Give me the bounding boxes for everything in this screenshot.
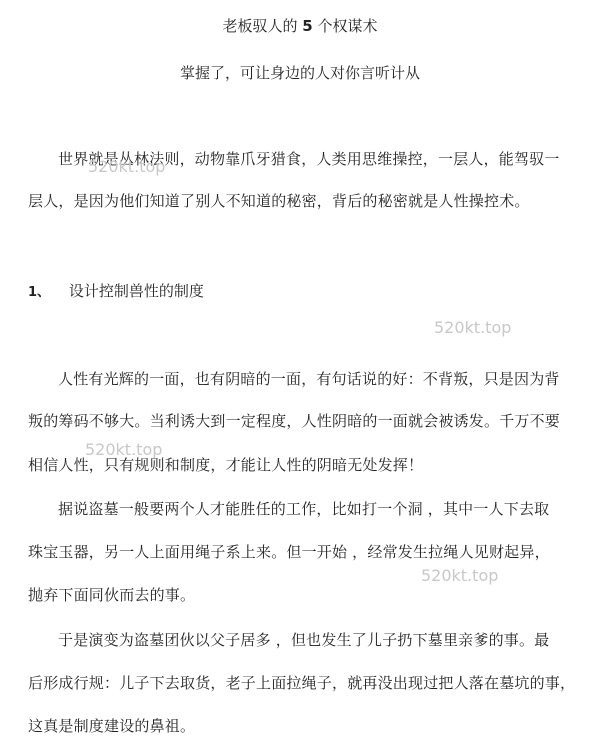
title-prefix: 老板驭人的: [222, 17, 297, 35]
document-subtitle: 掌握了，可让身边的人对你言听计从: [0, 63, 600, 83]
section-number: 1、: [28, 285, 50, 300]
paragraph1-line-2: 叛的筹码不够大。当利诱大到一定程度，人性阴暗的一面就会被诱发。千万不要: [28, 411, 560, 431]
intro-line-2: 层人，是因为他们知道了别人不知道的秘密，背后的秘密就是人性操控术。: [28, 191, 530, 211]
section-heading-1: 1、 设计控制兽性的制度: [28, 281, 204, 303]
paragraph2-line-2: 珠宝玉器，另一人上面用绳子系上来。但一开始 ，经常发生拉绳人见财起异，: [28, 542, 550, 562]
title-suffix: 个权谋术: [318, 17, 378, 35]
paragraph1-line-1: 人性有光辉的一面，也有阴暗的一面，有句话说的好：不背叛，只是因为背: [58, 369, 560, 389]
watermark: 520kt.top: [421, 566, 498, 586]
paragraph3-line-3: 这真是制度建设的鼻祖。: [28, 716, 195, 736]
section-heading-text: 设计控制兽性的制度: [69, 282, 204, 300]
watermark: 520kt.top: [88, 157, 165, 177]
paragraph3-line-2: 后形成行规：儿子下去取货，老子上面拉绳子，就再没出现过把人落在墓坑的事，: [28, 673, 575, 693]
title-number: 5: [302, 17, 312, 35]
paragraph3-line-1: 于是演变为盗墓团伙以父子居多 ，但也发生了儿子扔下墓里亲爹的事。最: [58, 630, 549, 650]
paragraph2-line-3: 抛弃下面同伙而去的事。: [28, 585, 195, 605]
document-title: 老板驭人的 5 个权谋术: [0, 16, 600, 36]
paragraph2-line-1: 据说盗墓一般要两个人才能胜任的工作，比如打一个洞 ，其中一人下去取: [58, 499, 549, 519]
watermark: 520kt.top: [434, 318, 511, 338]
watermark: 520kt.top: [85, 440, 162, 460]
